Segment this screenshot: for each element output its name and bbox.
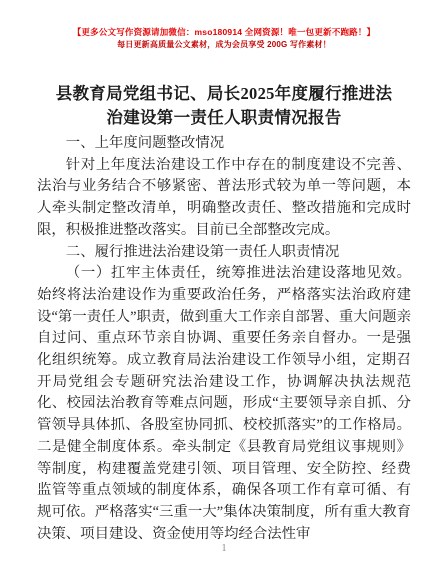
document-page: 【更多公文写作资源请加微信：mso180914 全网资源！唯一包更新不跑路！】 …: [0, 0, 448, 580]
document-title: 县教育局党组书记、局长2025年度履行推进法治建设第一责任人职责情况报告: [54, 82, 394, 130]
document-body: 一、上年度问题整改情况针对上年度法治建设工作中存在的制度建设不完善、法治与业务结…: [37, 133, 411, 545]
section-heading: 二、履行推进法治建设第一责任人职责情况: [37, 242, 411, 264]
body-paragraph: （一）扛牢主体责任，统筹推进法治建设落地见效。始终将法治建设作为重要政治任务，严…: [37, 263, 411, 545]
section-heading: 一、上年度问题整改情况: [37, 133, 411, 155]
promo-banner: 【更多公文写作资源请加微信：mso180914 全网资源！唯一包更新不跑路！】 …: [0, 27, 448, 50]
page-number: 1: [0, 543, 448, 555]
body-paragraph: 针对上年度法治建设工作中存在的制度建设不完善、法治与业务结合不够紧密、普法形式较…: [37, 155, 411, 242]
promo-line-2: 每日更新高质量公文素材，成为会员享受 200G 写作素材！: [0, 39, 448, 50]
promo-line-1: 【更多公文写作资源请加微信：mso180914 全网资源！唯一包更新不跑路！】: [0, 27, 448, 38]
